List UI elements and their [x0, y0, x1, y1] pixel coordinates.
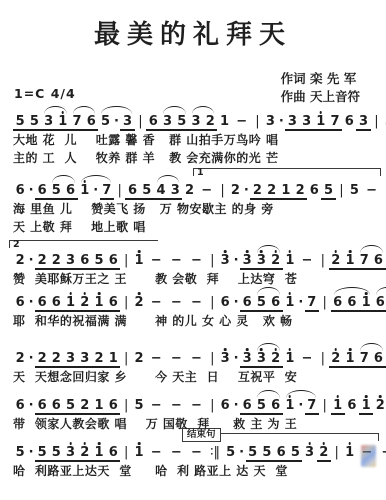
notation-line: 5531765·3|635321−|3·331763|5−−−|	[13, 112, 383, 129]
augmentation-dot: ·	[27, 254, 35, 268]
note: 1	[56, 115, 70, 131]
lyrics-line: 海 里鱼 儿 赞美飞 扬 万 物安歇主 的身 旁	[13, 202, 383, 216]
barline: |	[206, 351, 218, 366]
octave-dot	[274, 348, 277, 351]
octave-dot	[138, 250, 141, 253]
octave-dot	[365, 395, 368, 398]
augmentation-dot: ·	[27, 352, 35, 366]
barline: |	[206, 253, 218, 268]
note: 6	[371, 352, 385, 368]
augmentation-dot: ·	[27, 446, 35, 460]
slur-group: 1·7	[78, 181, 114, 200]
note: 1	[279, 184, 293, 200]
note: 2	[49, 254, 63, 270]
slur-group: 76	[357, 349, 385, 368]
duration-dash: −	[197, 184, 217, 198]
lyricist-credit: 作词 栾 先 军	[281, 70, 360, 88]
note: 2	[78, 399, 92, 415]
duration-dash: −	[186, 296, 206, 310]
octave-dot	[320, 111, 323, 114]
note: 7	[70, 115, 84, 131]
note: 7	[305, 399, 319, 415]
note: 3	[218, 352, 232, 366]
note: 3	[160, 115, 174, 131]
augmentation-dot: ·	[27, 184, 35, 198]
note: 3	[189, 115, 203, 131]
octave-dot	[289, 250, 292, 253]
note: 6	[35, 399, 49, 415]
note: 1	[343, 446, 357, 460]
note: 1	[217, 115, 231, 129]
note: 5	[49, 446, 63, 462]
note: 5	[13, 115, 27, 131]
note: 1	[283, 399, 297, 413]
note: 6	[218, 399, 232, 413]
note: 7	[357, 352, 371, 368]
note: 1	[283, 296, 297, 310]
note: 6	[84, 115, 98, 131]
note: 6	[371, 254, 385, 270]
note: 3	[254, 254, 268, 270]
note: 5	[98, 115, 112, 129]
octave-dot	[308, 442, 311, 445]
barline: |	[252, 114, 264, 129]
duration-dash: −	[297, 352, 317, 366]
augmentation-dot: ·	[278, 115, 286, 129]
note: 6	[49, 296, 63, 312]
duration-dash: −	[146, 352, 166, 366]
note: 2	[35, 352, 49, 368]
note: 3	[41, 115, 55, 131]
note: 6	[106, 254, 120, 270]
note: 1	[359, 296, 373, 312]
note: 6	[49, 399, 63, 415]
note: 5	[132, 399, 146, 413]
slur-group: 661	[331, 293, 374, 312]
note: 3	[302, 446, 316, 460]
augmentation-dot: ·	[297, 399, 305, 413]
duration-dash: −	[146, 254, 166, 268]
octave-dot	[224, 250, 227, 253]
score-system: 2·223321|2−−−|3·3321−|21765−|天 天想念回归家 乡 …	[13, 349, 383, 384]
score-system: 2·223656|1−−−|3·3321−|21765−|赞 美耶稣万王之 王 …	[13, 251, 383, 286]
augmentation-dot: ·	[27, 296, 35, 310]
octave-dot	[365, 292, 368, 295]
key-signature: 1=C 4/4	[14, 86, 76, 101]
note: 2	[293, 184, 307, 200]
notation-line: 6·665216|5−−−|6·6561·7|1612−|	[13, 396, 383, 413]
note: 3	[285, 115, 299, 131]
octave-dot	[349, 250, 352, 253]
note: 6	[13, 399, 27, 413]
notation-line: 6·6561·7|65432−|2·221265|5−−−∶‖	[13, 181, 383, 198]
note: 7	[357, 254, 371, 270]
note: 5	[13, 446, 27, 460]
note: 6	[63, 184, 77, 200]
barline: |	[319, 398, 331, 413]
barline: |	[206, 398, 218, 413]
note: 6	[268, 399, 282, 415]
barline: |	[317, 253, 329, 268]
note: 2	[228, 184, 242, 198]
note: 6	[35, 184, 49, 200]
note: 5	[288, 446, 302, 462]
note: 6	[240, 296, 254, 312]
note: 2	[13, 352, 27, 366]
note: 6	[125, 184, 139, 200]
note: 2	[182, 184, 196, 198]
score-system: 5·553216|1−−−∶‖5·556532|1−−−‖哈 利路亚上达天 堂 …	[13, 443, 383, 478]
note: 4	[154, 184, 168, 200]
score-system: 6·661216|2−−−|6·6561·7|661653−|耶 和华的祝福满 …	[13, 293, 383, 328]
note: 2	[329, 352, 343, 368]
note: 1	[314, 115, 328, 131]
note: 7	[328, 115, 342, 131]
barline: |	[331, 445, 343, 460]
barline: |	[120, 445, 132, 460]
augmentation-dot: ·	[232, 352, 240, 366]
note: 5	[27, 115, 41, 131]
duration-dash: −	[166, 399, 186, 413]
barline: |	[114, 183, 126, 198]
note: 5	[175, 115, 189, 131]
note: 6	[13, 184, 27, 198]
note: 6	[106, 446, 120, 462]
note: 6	[106, 296, 120, 312]
octave-dot	[289, 395, 292, 398]
duration-dash: −	[166, 254, 186, 268]
slur-group: 56	[49, 181, 77, 200]
note: 2	[49, 352, 63, 368]
octave-dot	[83, 292, 86, 295]
duration-dash: −	[297, 254, 317, 268]
note: 2	[373, 399, 386, 413]
slur-group: 32	[254, 349, 282, 368]
lyrics-line: 赞 美耶稣万王之 王 教 会敬 拜 上达穹 苍	[13, 272, 383, 286]
note: 6	[146, 115, 160, 131]
lyrics-line: 天 上敬 拜 地上歌 唱	[13, 220, 383, 234]
barline: |	[319, 295, 331, 310]
duration-dash: −	[166, 296, 186, 310]
octave-dot	[334, 348, 337, 351]
slur-group: 56	[254, 396, 282, 415]
slur-group: 76	[70, 112, 98, 131]
note: 2	[317, 446, 331, 462]
octave-dot	[334, 250, 337, 253]
duration-dash: −	[146, 399, 166, 413]
note: 6	[342, 115, 356, 129]
octave-dot	[98, 292, 101, 295]
slur-group: 43	[154, 181, 182, 200]
augmentation-dot: ·	[113, 115, 121, 129]
note: 3	[63, 352, 77, 368]
note: 3	[240, 352, 254, 368]
note: 2	[13, 254, 27, 268]
note: 1	[132, 446, 146, 460]
slur-group: 5·3	[98, 112, 134, 131]
notation-line: 2·223656|1−−−|3·3321−|21765−|	[13, 251, 383, 268]
note: 1	[92, 296, 106, 312]
note: 1	[132, 254, 146, 268]
duration-dash: −	[186, 352, 206, 366]
note: 6	[218, 296, 232, 310]
note: 2	[132, 296, 146, 310]
score-system: 6·665216|5−−−|6·6561·7|1612−|带 领家人教会歌 唱 …	[13, 396, 383, 431]
octave-dot	[274, 250, 277, 253]
note: 6	[331, 296, 345, 312]
volta-2-label: 2	[13, 240, 20, 249]
duration-dash: −	[166, 446, 186, 460]
augmentation-dot: ·	[238, 446, 246, 460]
augmentation-dot: ·	[232, 254, 240, 268]
note: 2	[268, 254, 282, 270]
note: 1	[63, 296, 77, 312]
note: 5	[92, 254, 106, 270]
note: 3	[78, 352, 92, 368]
notation-line: 6·661216|2−−−|6·6561·7|661653−|	[13, 293, 383, 310]
lyrics-line: 主的 工 人 牧养 群 羊 教 会充满你的光 芒	[13, 151, 383, 165]
slur-group: 1·7	[283, 396, 319, 415]
note: 5	[140, 184, 154, 200]
note: 2	[35, 254, 49, 270]
note: 2	[132, 352, 146, 366]
note: 6	[78, 254, 92, 270]
note: 6	[307, 184, 321, 198]
augmentation-dot: ·	[27, 399, 35, 413]
barline: |	[120, 295, 132, 310]
song-title: 最美的礼拜天	[0, 14, 386, 51]
note: 2	[203, 115, 217, 131]
barline: |	[317, 351, 329, 366]
volta-1-label: 1	[197, 168, 204, 177]
octave-dot	[336, 395, 339, 398]
slur-group: 32	[189, 112, 217, 131]
octave-dot	[69, 442, 72, 445]
octave-dot	[348, 442, 351, 445]
octave-dot	[289, 348, 292, 351]
sheet-music-page: 最美的礼拜天 1=C 4/4 作词 栾 先 军 作曲 天上音符 1 2 结束句 …	[0, 0, 386, 500]
slur-group: 35	[160, 112, 188, 131]
octave-dot	[138, 442, 141, 445]
note: 1	[283, 254, 297, 268]
note: 5	[321, 184, 335, 200]
note: 3	[168, 184, 182, 200]
notation-line: 5·553216|1−−−∶‖5·556532|1−−−‖	[13, 443, 383, 460]
note: 2	[268, 352, 282, 368]
duration-dash: −	[146, 446, 166, 460]
octave-dot	[349, 348, 352, 351]
note: 1	[331, 399, 345, 415]
credits: 作词 栾 先 军 作曲 天上音符	[281, 70, 360, 106]
barline: |	[120, 253, 132, 268]
augmentation-dot: ·	[92, 184, 100, 198]
note: 1	[92, 446, 106, 462]
barline: |	[371, 114, 383, 129]
note: 3	[299, 115, 313, 131]
octave-dot	[83, 442, 86, 445]
octave-dot	[138, 292, 141, 295]
slur-group: 65	[373, 293, 386, 312]
note: 5	[347, 184, 361, 198]
lyrics-line: 大地 花 儿 吐露 馨 香 群 山拍手万鸟吟 唱	[13, 133, 383, 147]
augmentation-dot: ·	[232, 399, 240, 413]
note: 6	[345, 296, 359, 312]
note: 5	[254, 399, 268, 415]
note: 5	[49, 184, 63, 200]
duration-dash: −	[186, 446, 206, 460]
note: 5	[224, 446, 238, 460]
note: 5	[35, 446, 49, 462]
volta-2-bracket: 2	[9, 240, 158, 248]
octave-dot	[289, 292, 292, 295]
note: 2	[265, 184, 279, 200]
barline: |	[120, 398, 132, 413]
note: 2	[92, 352, 106, 368]
note: 6	[106, 399, 120, 415]
note: 6	[35, 296, 49, 312]
lyrics-line: 耶 和华的祝福满 满 神 的儿 女 心 灵 欢 畅	[13, 314, 383, 328]
barline: |	[336, 183, 348, 198]
note: 2	[250, 184, 264, 200]
barline: |	[120, 351, 132, 366]
augmentation-dot: ·	[232, 296, 240, 310]
note: 1	[92, 399, 106, 415]
note: 6	[240, 399, 254, 415]
note: 6	[13, 296, 27, 310]
octave-dot	[323, 442, 326, 445]
note: 5	[254, 296, 268, 312]
stamp-watermark	[361, 445, 376, 467]
score-system: 6·6561·7|65432−|2·221265|5−−−∶‖海 里鱼 儿 赞美…	[13, 181, 383, 234]
slur-group: 56	[254, 293, 282, 312]
composer-credit: 作曲 天上音符	[281, 88, 360, 106]
note: 3	[218, 254, 232, 268]
note: 6	[373, 296, 386, 312]
lyrics-line: 天 天想念回归家 乡 今 天主 日 互祝平 安	[13, 370, 383, 384]
note: 3	[254, 352, 268, 368]
lyrics-line: 带 领家人教会歌 唱 万 国敬 拜 救 主 为 王	[13, 417, 383, 431]
note: 3	[63, 254, 77, 270]
volta-1-bracket: 1	[193, 168, 381, 176]
note: 3	[356, 115, 370, 131]
octave-dot	[62, 111, 65, 114]
duration-dash: −	[377, 446, 386, 460]
octave-dot	[98, 442, 101, 445]
octave-dot	[260, 250, 263, 253]
duration-dash: −	[166, 352, 186, 366]
note: 3	[120, 115, 134, 131]
note: 5	[63, 399, 77, 415]
note: 3	[263, 115, 277, 129]
barline: |	[206, 295, 218, 310]
note: 3	[63, 446, 77, 462]
duration-dash: −	[382, 184, 386, 198]
octave-dot	[69, 292, 72, 295]
note: 6	[345, 399, 359, 413]
barline: |	[135, 114, 147, 129]
note: 6	[268, 296, 282, 312]
octave-dot	[83, 180, 86, 183]
score-system: 5531765·3|635321−|3·331763|5−−−|大地 花 儿 吐…	[13, 112, 383, 165]
octave-dot	[379, 395, 382, 398]
duration-dash: −	[146, 296, 166, 310]
note: 2	[78, 446, 92, 462]
note: 2	[329, 254, 343, 270]
note: 1	[78, 184, 92, 198]
note: 7	[100, 184, 114, 200]
octave-dot	[224, 348, 227, 351]
duration-dash: −	[361, 184, 381, 198]
slur-group: 32	[254, 251, 282, 270]
duration-dash: −	[186, 254, 206, 268]
duration-dash: −	[186, 399, 206, 413]
note: 1	[283, 352, 297, 366]
end-repeat-barline: ∶‖	[206, 445, 223, 460]
note: 1	[359, 399, 373, 415]
note: 1	[106, 352, 120, 368]
augmentation-dot: ·	[243, 184, 251, 198]
notation-line: 2·223321|2−−−|3·3321−|21765−|	[13, 349, 383, 366]
note: 5	[246, 446, 260, 462]
note: 5	[382, 115, 386, 129]
note: 7	[305, 296, 319, 312]
note: 3	[240, 254, 254, 270]
slur-group: 76	[357, 251, 385, 270]
octave-dot	[260, 348, 263, 351]
lyrics-line: 哈 利路亚上达天 堂 哈 利 路亚上 达 天 堂	[13, 464, 383, 478]
duration-dash: −	[232, 115, 252, 129]
note: 2	[78, 296, 92, 312]
note: 1	[343, 254, 357, 270]
augmentation-dot: ·	[297, 296, 305, 310]
barline: |	[217, 183, 229, 198]
note: 6	[274, 446, 288, 462]
note: 5	[260, 446, 274, 462]
octave-dot	[246, 250, 249, 253]
octave-dot	[246, 348, 249, 351]
note: 1	[343, 352, 357, 368]
slur-group: 31	[41, 112, 69, 131]
